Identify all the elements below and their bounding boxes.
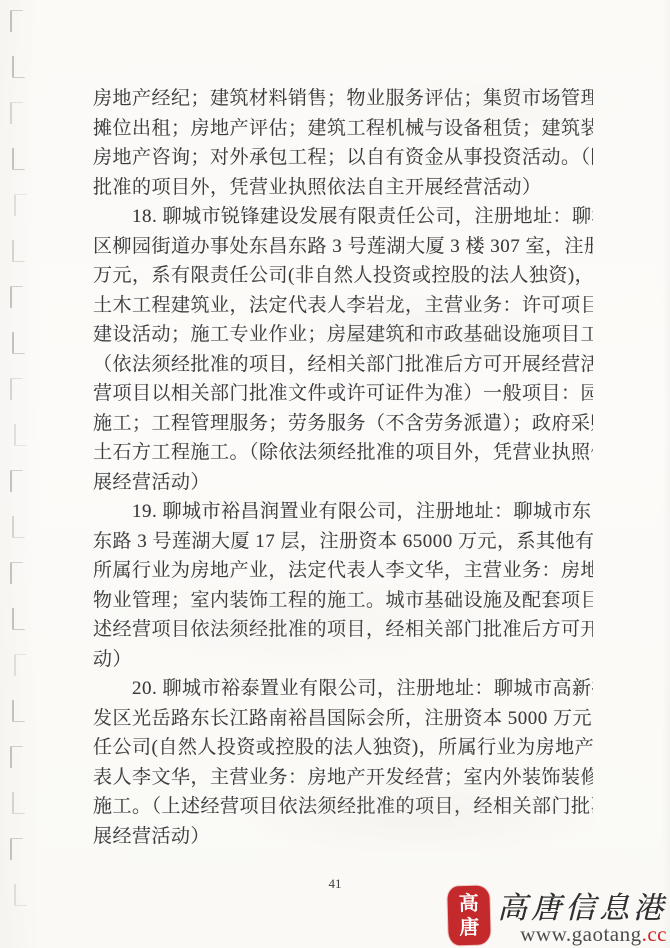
text-line: 展经营活动） xyxy=(93,822,593,852)
text-line: 建设活动；施工专业作业；房屋建筑和市政基础设施项目工程总承包。 xyxy=(93,320,593,350)
text-line: （依法须经批准的项目，经相关部门批准后方可开展经营活动，具体经 xyxy=(93,350,593,380)
document-body: 房地产经纪；建筑材料销售；物业服务评估；集贸市场管理服务；柜台、 摊位出租；房地… xyxy=(93,84,593,851)
text-line: 房地产经纪；建筑材料销售；物业服务评估；集贸市场管理服务；柜台、 xyxy=(93,84,593,114)
text-line: 施工。（上述经营项目依法须经批准的项目，经相关部门批准后方可开 xyxy=(93,792,593,822)
text-line: 任公司(自然人投资或控股的法人独资)，所属行业为房地产业，法定代 xyxy=(93,733,593,763)
text-line: 房地产咨询；对外承包工程；以自有资金从事投资活动。（除依法须经 xyxy=(93,143,593,173)
watermark-url: www.gaotang.cc xyxy=(520,923,667,945)
text-line: 区柳园街道办事处东昌东路 3 号莲湖大厦 3 楼 307 室，注册资本 1000 xyxy=(93,232,593,262)
text-line: 营项目以相关部门批准文件或许可证件为准）一般项目：园林绿化工程 xyxy=(93,379,593,409)
gaotang-seal-icon: 高 唐 xyxy=(447,885,491,945)
seal-char-bottom: 唐 xyxy=(459,915,480,940)
company-entry-19-start: 19. 聊城市裕昌润置业有限公司，注册地址：聊城市东昌府区东昌 xyxy=(93,497,593,527)
text-line: 万元，系有限责任公司(非自然人投资或控股的法人独资)，所属行业为 xyxy=(93,261,593,291)
text-line: 所属行业为房地产业，法定代表人李文华，主营业务：房地产开发经营； xyxy=(93,556,593,586)
text-line: 发区光岳路东长江路南裕昌国际会所，注册资本 5000 万元，系有限责 xyxy=(93,704,593,734)
text-line: 述经营项目依法须经批准的项目，经相关部门批准后方可开展经营活 xyxy=(93,615,593,645)
watermark-url-suffix: .cc xyxy=(642,922,667,946)
text-line: 表人李文华，主营业务：房地产开发经营；室内外装饰装修工程设计、 xyxy=(93,763,593,793)
company-entry-18-start: 18. 聊城市锐锋建设发展有限责任公司，注册地址：聊城市东昌府 xyxy=(93,202,593,232)
text-line: 东路 3 号莲湖大厦 17 层，注册资本 65000 万元，系其他有限责任公司， xyxy=(93,527,593,557)
seal-char-top: 高 xyxy=(458,891,479,916)
watermark-site-name: 高唐信息港 xyxy=(497,893,667,925)
text-line: 展经营活动） xyxy=(93,468,593,498)
text-line: 动） xyxy=(93,645,593,675)
text-line: 摊位出租；房地产评估；建筑工程机械与设备租赁；建筑装饰材料销售； xyxy=(93,114,593,144)
text-line: 施工；工程管理服务；劳务服务（不含劳务派遣）；政府采购代理服务； xyxy=(93,409,593,439)
binding-marks xyxy=(10,10,32,930)
gaotang-watermark: 高 唐 高唐信息港 www.gaotang.cc xyxy=(448,886,667,945)
text-line: 土石方工程施工。（除依法须经批准的项目外，凭营业执照依法自主开 xyxy=(93,438,593,468)
text-line: 土木工程建筑业，法定代表人李岩龙，主营业务：许可项目：各类工程 xyxy=(93,291,593,321)
company-entry-20-start: 20. 聊城市裕泰置业有限公司，注册地址：聊城市高新技术产业开 xyxy=(93,674,593,704)
watermark-url-main: www.gaotang xyxy=(520,922,641,946)
text-line: 物业管理；室内装饰工程的施工。城市基础设施及配套项目开发。（上 xyxy=(93,586,593,616)
text-line: 批准的项目外，凭营业执照依法自主开展经营活动） xyxy=(93,173,593,203)
